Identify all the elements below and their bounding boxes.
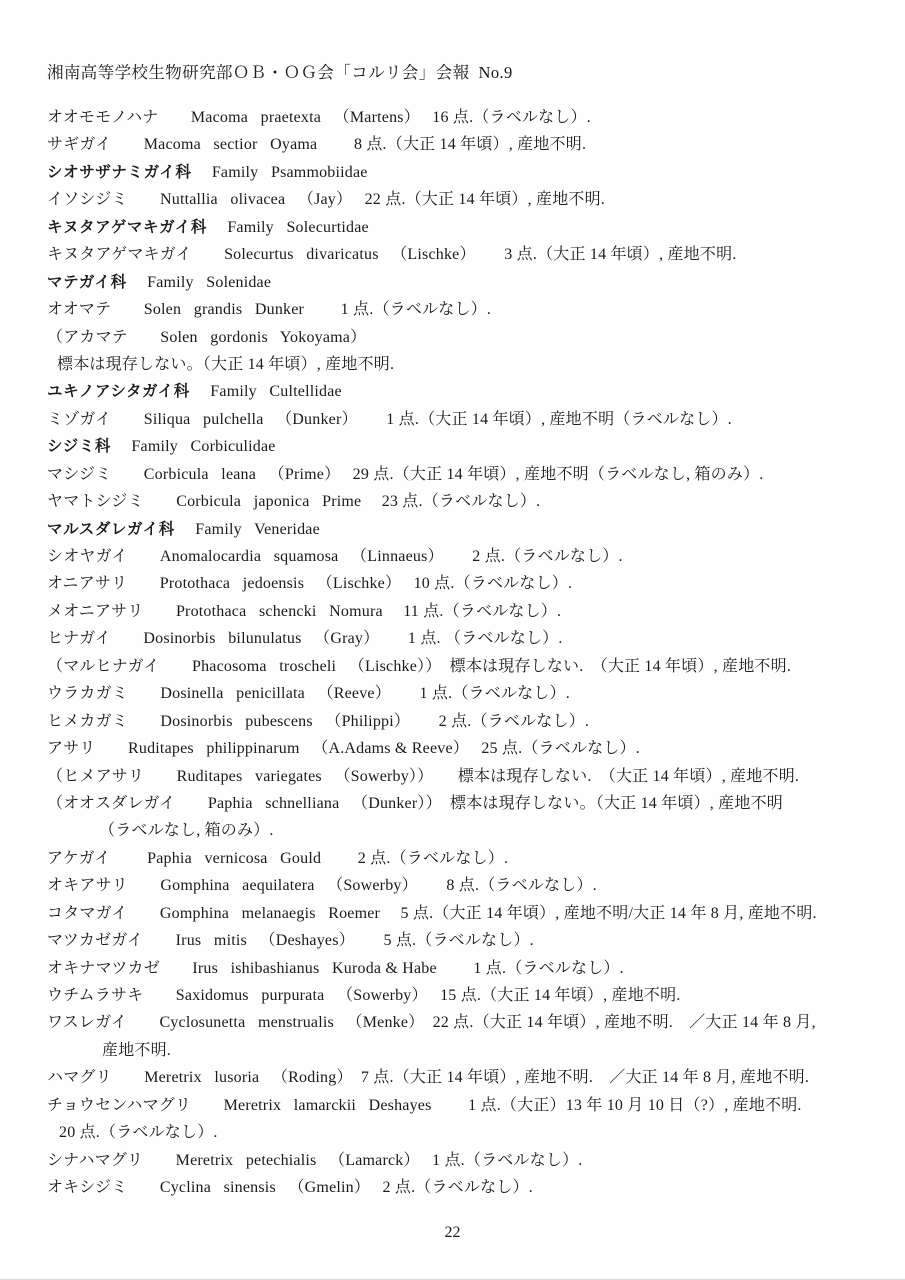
document-line: アサリ Ruditapes philippinarum （A.Adams & R… bbox=[47, 735, 905, 762]
family-heading-ja: シジミ科 bbox=[47, 438, 111, 455]
document-line: （ラベルなし, 箱のみ）. bbox=[47, 817, 905, 844]
document-line: ワスレガイ Cyclosunetta menstrualis （Menke） 2… bbox=[47, 1009, 905, 1036]
text-segment: ヤマトシジミ Corbicula japonica Prime 23 点.（ラベ… bbox=[47, 493, 540, 510]
text-segment: （マルヒナガイ Phacosoma troscheli （Lischke）） 標… bbox=[47, 658, 791, 675]
text-segment: シナハマグリ Meretrix petechialis （Lamarck） 1 … bbox=[47, 1152, 582, 1169]
document-line: 20 点.（ラベルなし）. bbox=[47, 1119, 905, 1146]
text-segment: アケガイ Paphia vernicosa Gould 2 点.（ラベルなし）. bbox=[47, 850, 508, 867]
text-segment: Family Solecurtidae bbox=[207, 219, 369, 236]
text-segment: オニアサリ Protothaca jedoensis （Lischke） 10 … bbox=[47, 575, 572, 592]
text-segment: コタマガイ Gomphina melanaegis Roemer 5 点.（大正… bbox=[47, 905, 817, 922]
document-line: オキシジミ Cyclina sinensis （Gmelin） 2 点.（ラベル… bbox=[47, 1174, 905, 1201]
text-segment: Family Corbiculidae bbox=[111, 438, 276, 455]
document-line: ミゾガイ Siliqua pulchella （Dunker） 1 点.（大正 … bbox=[47, 406, 905, 433]
text-segment: ヒメカガミ Dosinorbis pubescens （Philippi） 2 … bbox=[47, 713, 589, 730]
text-segment: シオヤガイ Anomalocardia squamosa （Linnaeus） … bbox=[47, 548, 623, 565]
document-line: ヤマトシジミ Corbicula japonica Prime 23 点.（ラベ… bbox=[47, 488, 905, 515]
document-line: ヒナガイ Dosinorbis bilunulatus （Gray） 1 点. … bbox=[47, 625, 905, 652]
document-line: マシジミ Corbicula leana （Prime） 29 点.（大正 14… bbox=[47, 461, 905, 488]
document-line: 産地不明. bbox=[47, 1037, 905, 1064]
document-line: マツカゼガイ Irus mitis （Deshayes） 5 点.（ラベルなし）… bbox=[47, 927, 905, 954]
document-line: マテガイ科 Family Solenidae bbox=[47, 269, 905, 296]
text-segment: キヌタアゲマキガイ Solecurtus divaricatus （Lischk… bbox=[47, 246, 736, 263]
document-line: メオニアサリ Protothaca schencki Nomura 11 点.（… bbox=[47, 598, 905, 625]
text-segment: （ラベルなし, 箱のみ）. bbox=[99, 822, 274, 839]
document-line: オオマテ Solen grandis Dunker 1 点.（ラベルなし）. bbox=[47, 296, 905, 323]
document-line: チョウセンハマグリ Meretrix lamarckii Deshayes 1 … bbox=[47, 1092, 905, 1119]
text-segment: Family Psammobiidae bbox=[191, 164, 367, 181]
text-segment: Family Veneridae bbox=[175, 521, 320, 538]
document-line: シジミ科 Family Corbiculidae bbox=[47, 433, 905, 460]
text-segment: イソシジミ Nuttallia olivacea （Jay） 22 点.（大正 … bbox=[47, 191, 605, 208]
document-line: ハマグリ Meretrix lusoria （Roding） 7 点.（大正 1… bbox=[47, 1064, 905, 1091]
family-heading-ja: シオサザナミガイ科 bbox=[47, 164, 191, 181]
document-line: オキアサリ Gomphina aequilatera （Sowerby） 8 点… bbox=[47, 872, 905, 899]
text-segment: 産地不明. bbox=[102, 1042, 171, 1059]
document-line: ユキノアシタガイ科 Family Cultellidae bbox=[47, 378, 905, 405]
text-segment: オキナマツカゼ Irus ishibashianus Kuroda & Habe… bbox=[47, 960, 624, 977]
page-number: 22 bbox=[0, 1224, 905, 1242]
document-line: キヌタアゲマキガイ科 Family Solecurtidae bbox=[47, 214, 905, 241]
text-segment: 20 点.（ラベルなし）. bbox=[59, 1124, 218, 1141]
document-line: ウチムラサキ Saxidomus purpurata （Sowerby） 15 … bbox=[47, 982, 905, 1009]
document-line: 標本は現存しない。（大正 14 年頃）, 産地不明. bbox=[47, 351, 905, 378]
document-line: オニアサリ Protothaca jedoensis （Lischke） 10 … bbox=[47, 570, 905, 597]
document-line: （オオスダレガイ Paphia schnelliana （Dunker）） 標本… bbox=[47, 790, 905, 817]
document-line: シナハマグリ Meretrix petechialis （Lamarck） 1 … bbox=[47, 1147, 905, 1174]
text-segment: サギガイ Macoma sectior Oyama 8 点.（大正 14 年頃）… bbox=[47, 136, 586, 153]
text-segment: Family Solenidae bbox=[127, 274, 271, 291]
text-segment: 標本は現存しない。（大正 14 年頃）, 産地不明. bbox=[57, 356, 394, 373]
document-line: シオヤガイ Anomalocardia squamosa （Linnaeus） … bbox=[47, 543, 905, 570]
family-heading-ja: マテガイ科 bbox=[47, 274, 127, 291]
text-segment: ワスレガイ Cyclosunetta menstrualis （Menke） 2… bbox=[47, 1014, 816, 1031]
text-segment: ヒナガイ Dosinorbis bilunulatus （Gray） 1 点. … bbox=[47, 630, 563, 647]
text-segment: オオマテ Solen grandis Dunker 1 点.（ラベルなし）. bbox=[47, 301, 491, 318]
text-segment: ウラカガミ Dosinella penicillata （Reeve） 1 点.… bbox=[47, 685, 570, 702]
text-segment: オキシジミ Cyclina sinensis （Gmelin） 2 点.（ラベル… bbox=[47, 1179, 533, 1196]
text-segment: マツカゼガイ Irus mitis （Deshayes） 5 点.（ラベルなし）… bbox=[47, 932, 534, 949]
family-heading-ja: マルスダレガイ科 bbox=[47, 521, 175, 538]
text-segment: オキアサリ Gomphina aequilatera （Sowerby） 8 点… bbox=[47, 877, 597, 894]
text-segment: チョウセンハマグリ Meretrix lamarckii Deshayes 1 … bbox=[47, 1097, 802, 1114]
document-line: オキナマツカゼ Irus ishibashianus Kuroda & Habe… bbox=[47, 955, 905, 982]
text-segment: ハマグリ Meretrix lusoria （Roding） 7 点.（大正 1… bbox=[47, 1069, 809, 1086]
text-segment: ミゾガイ Siliqua pulchella （Dunker） 1 点.（大正 … bbox=[47, 411, 732, 428]
document-page: 湘南高等学校生物研究部ＯＢ・ＯＧ会「コルリ会」会報 No.9 オオモモノハナ M… bbox=[0, 0, 905, 1280]
text-segment: メオニアサリ Protothaca schencki Nomura 11 点.（… bbox=[47, 603, 561, 620]
document-line: イソシジミ Nuttallia olivacea （Jay） 22 点.（大正 … bbox=[47, 186, 905, 213]
document-line: シオサザナミガイ科 Family Psammobiidae bbox=[47, 159, 905, 186]
text-segment: マシジミ Corbicula leana （Prime） 29 点.（大正 14… bbox=[47, 466, 763, 483]
text-segment: （オオスダレガイ Paphia schnelliana （Dunker）） 標本… bbox=[47, 795, 783, 812]
text-segment: （ヒメアサリ Ruditapes variegates （Sowerby）） 標… bbox=[47, 768, 799, 785]
document-line: （マルヒナガイ Phacosoma troscheli （Lischke）） 標… bbox=[47, 653, 905, 680]
document-line: ヒメカガミ Dosinorbis pubescens （Philippi） 2 … bbox=[47, 708, 905, 735]
document-body: オオモモノハナ Macoma praetexta （Martens） 16 点.… bbox=[47, 104, 905, 1202]
text-segment: Family Cultellidae bbox=[190, 383, 342, 400]
text-segment: アサリ Ruditapes philippinarum （A.Adams & R… bbox=[47, 740, 640, 757]
document-header: 湘南高等学校生物研究部ＯＢ・ＯＧ会「コルリ会」会報 No.9 bbox=[47, 59, 513, 83]
document-line: アケガイ Paphia vernicosa Gould 2 点.（ラベルなし）. bbox=[47, 845, 905, 872]
document-line: キヌタアゲマキガイ Solecurtus divaricatus （Lischk… bbox=[47, 241, 905, 268]
document-line: サギガイ Macoma sectior Oyama 8 点.（大正 14 年頃）… bbox=[47, 131, 905, 158]
family-heading-ja: キヌタアゲマキガイ科 bbox=[47, 219, 207, 236]
document-line: ウラカガミ Dosinella penicillata （Reeve） 1 点.… bbox=[47, 680, 905, 707]
document-line: （アカマテ Solen gordonis Yokoyama） bbox=[47, 324, 905, 351]
document-line: （ヒメアサリ Ruditapes variegates （Sowerby）） 標… bbox=[47, 763, 905, 790]
text-segment: （アカマテ Solen gordonis Yokoyama） bbox=[47, 329, 366, 346]
document-line: マルスダレガイ科 Family Veneridae bbox=[47, 516, 905, 543]
family-heading-ja: ユキノアシタガイ科 bbox=[47, 383, 190, 400]
document-line: コタマガイ Gomphina melanaegis Roemer 5 点.（大正… bbox=[47, 900, 905, 927]
text-segment: オオモモノハナ Macoma praetexta （Martens） 16 点.… bbox=[47, 109, 591, 126]
text-segment: ウチムラサキ Saxidomus purpurata （Sowerby） 15 … bbox=[47, 987, 681, 1004]
document-line: オオモモノハナ Macoma praetexta （Martens） 16 点.… bbox=[47, 104, 905, 131]
